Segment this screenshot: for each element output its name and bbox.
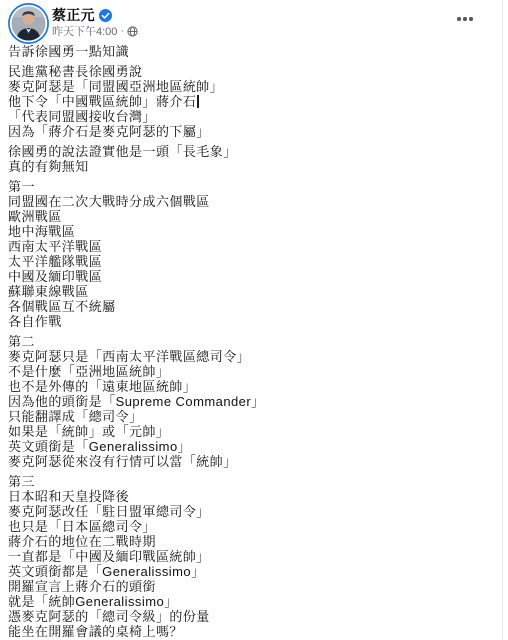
post-text-line: 一直都是「中國及緬印戰區統帥」 bbox=[8, 549, 500, 564]
more-options-icon bbox=[457, 17, 460, 20]
post-text-line: 各自作戰 bbox=[8, 314, 500, 329]
post-text-line: 同盟國在二次大戰時分成六個戰區 bbox=[8, 194, 500, 209]
text-cursor bbox=[197, 95, 199, 108]
verified-badge-icon bbox=[99, 9, 112, 22]
post-body: 告訴徐國勇一點知識民進黨秘書長徐國勇說麥克阿瑟是「同盟國亞洲地區統帥」他下令「中… bbox=[8, 44, 500, 639]
post-text-line: 能坐在開羅會議的桌椅上嗎？ bbox=[8, 624, 500, 639]
post-paragraph: 第一同盟國在二次大戰時分成六個戰區歐洲戰區地中海戰區西南太平洋戰區太平洋艦隊戰區… bbox=[8, 179, 500, 329]
post-text-line: 麥克阿瑟改任「駐日盟軍總司令」 bbox=[8, 504, 500, 519]
author-row: 蔡正元 bbox=[52, 5, 112, 25]
post-text-line: 蘇聯東線戰區 bbox=[8, 284, 500, 299]
profile-photo-image bbox=[8, 3, 49, 44]
post-text-line: 歐洲戰區 bbox=[8, 209, 500, 224]
timestamp-row: 昨天下午4:00 · bbox=[52, 23, 138, 39]
post-text-line: 因為他的頭銜是「Supreme Commander」 bbox=[8, 394, 500, 409]
post-paragraph: 民進黨秘書長徐國勇說麥克阿瑟是「同盟國亞洲地區統帥」他下令「中國戰區統帥」蔣介石… bbox=[8, 64, 500, 139]
post-paragraph: 徐國勇的說法證實他是一頭「長毛象」真的有夠無知 bbox=[8, 144, 500, 174]
post-paragraph: 第三日本昭和天皇投降後麥克阿瑟改任「駐日盟軍總司令」也只是「日本區總司令」蔣介石… bbox=[8, 474, 500, 639]
post-text-line: 麥克阿瑟從來沒有行情可以當「統帥」 bbox=[8, 454, 500, 469]
post-text-line: 徐國勇的說法證實他是一頭「長毛象」 bbox=[8, 144, 500, 159]
post-text-line: 日本昭和天皇投降後 bbox=[8, 489, 500, 504]
post-text-line: 真的有夠無知 bbox=[8, 159, 500, 174]
post-text-line: 麥克阿瑟是「同盟國亞洲地區統帥」 bbox=[8, 79, 500, 94]
post-text-line: 蔣介石的地位在二戰時期 bbox=[8, 534, 500, 549]
globe-icon bbox=[127, 26, 138, 37]
facebook-post-card: 蔡正元 昨天下午4:00 · 告訴徐國勇一點知識民進黨秘書長徐國勇說麥克阿瑟是「… bbox=[0, 0, 508, 640]
post-header: 蔡正元 昨天下午4:00 · bbox=[0, 0, 508, 39]
post-text-line: 英文頭銜都是「Generalissimo」 bbox=[8, 564, 500, 579]
post-text-line: 民進黨秘書長徐國勇說 bbox=[8, 64, 500, 79]
post-text-line: 開羅宣言上蔣介石的頭銜 bbox=[8, 579, 500, 594]
post-text-line: 「代表同盟國接收台灣」 bbox=[8, 109, 500, 124]
post-text-line: 第三 bbox=[8, 474, 500, 489]
post-text-line: 告訴徐國勇一點知識 bbox=[8, 44, 500, 59]
post-text-line: 第二 bbox=[8, 334, 500, 349]
post-text-line: 西南太平洋戰區 bbox=[8, 239, 500, 254]
post-text-line: 太平洋艦隊戰區 bbox=[8, 254, 500, 269]
post-text-line: 如果是「統帥」或「元帥」 bbox=[8, 424, 500, 439]
post-text-line: 就是「統帥Generalissimo」 bbox=[8, 594, 500, 609]
post-text-line: 憑麥克阿瑟的「總司令級」的份量 bbox=[8, 609, 500, 624]
post-text-line: 英文頭銜是「Generalissimo」 bbox=[8, 439, 500, 454]
post-text-line: 地中海戰區 bbox=[8, 224, 500, 239]
more-options-button[interactable] bbox=[452, 10, 478, 28]
avatar[interactable] bbox=[8, 3, 49, 44]
post-text-line: 中國及緬印戰區 bbox=[8, 269, 500, 284]
post-text-line: 第一 bbox=[8, 179, 500, 194]
post-paragraph: 告訴徐國勇一點知識 bbox=[8, 44, 500, 59]
timestamp-separator: · bbox=[120, 25, 124, 37]
post-text-line: 各個戰區互不統屬 bbox=[8, 299, 500, 314]
post-text-line: 只能翻譯成「總司令」 bbox=[8, 409, 500, 424]
post-paragraph: 第二麥克阿瑟只是「西南太平洋戰區總司令」不是什麼「亞洲地區統帥」也不是外傳的「遠… bbox=[8, 334, 500, 469]
post-text-line: 因為「蔣介石是麥克阿瑟的下屬」 bbox=[8, 124, 500, 139]
post-text-line: 也只是「日本區總司令」 bbox=[8, 519, 500, 534]
post-text-line: 麥克阿瑟只是「西南太平洋戰區總司令」 bbox=[8, 349, 500, 364]
post-text-line: 也不是外傳的「遠東地區統帥」 bbox=[8, 379, 500, 394]
author-name[interactable]: 蔡正元 bbox=[52, 5, 95, 25]
timestamp[interactable]: 昨天下午4:00 bbox=[52, 23, 117, 39]
post-text-line: 他下令「中國戰區統帥」蔣介石 bbox=[8, 94, 500, 109]
post-text-line: 不是什麼「亞洲地區統帥」 bbox=[8, 364, 500, 379]
